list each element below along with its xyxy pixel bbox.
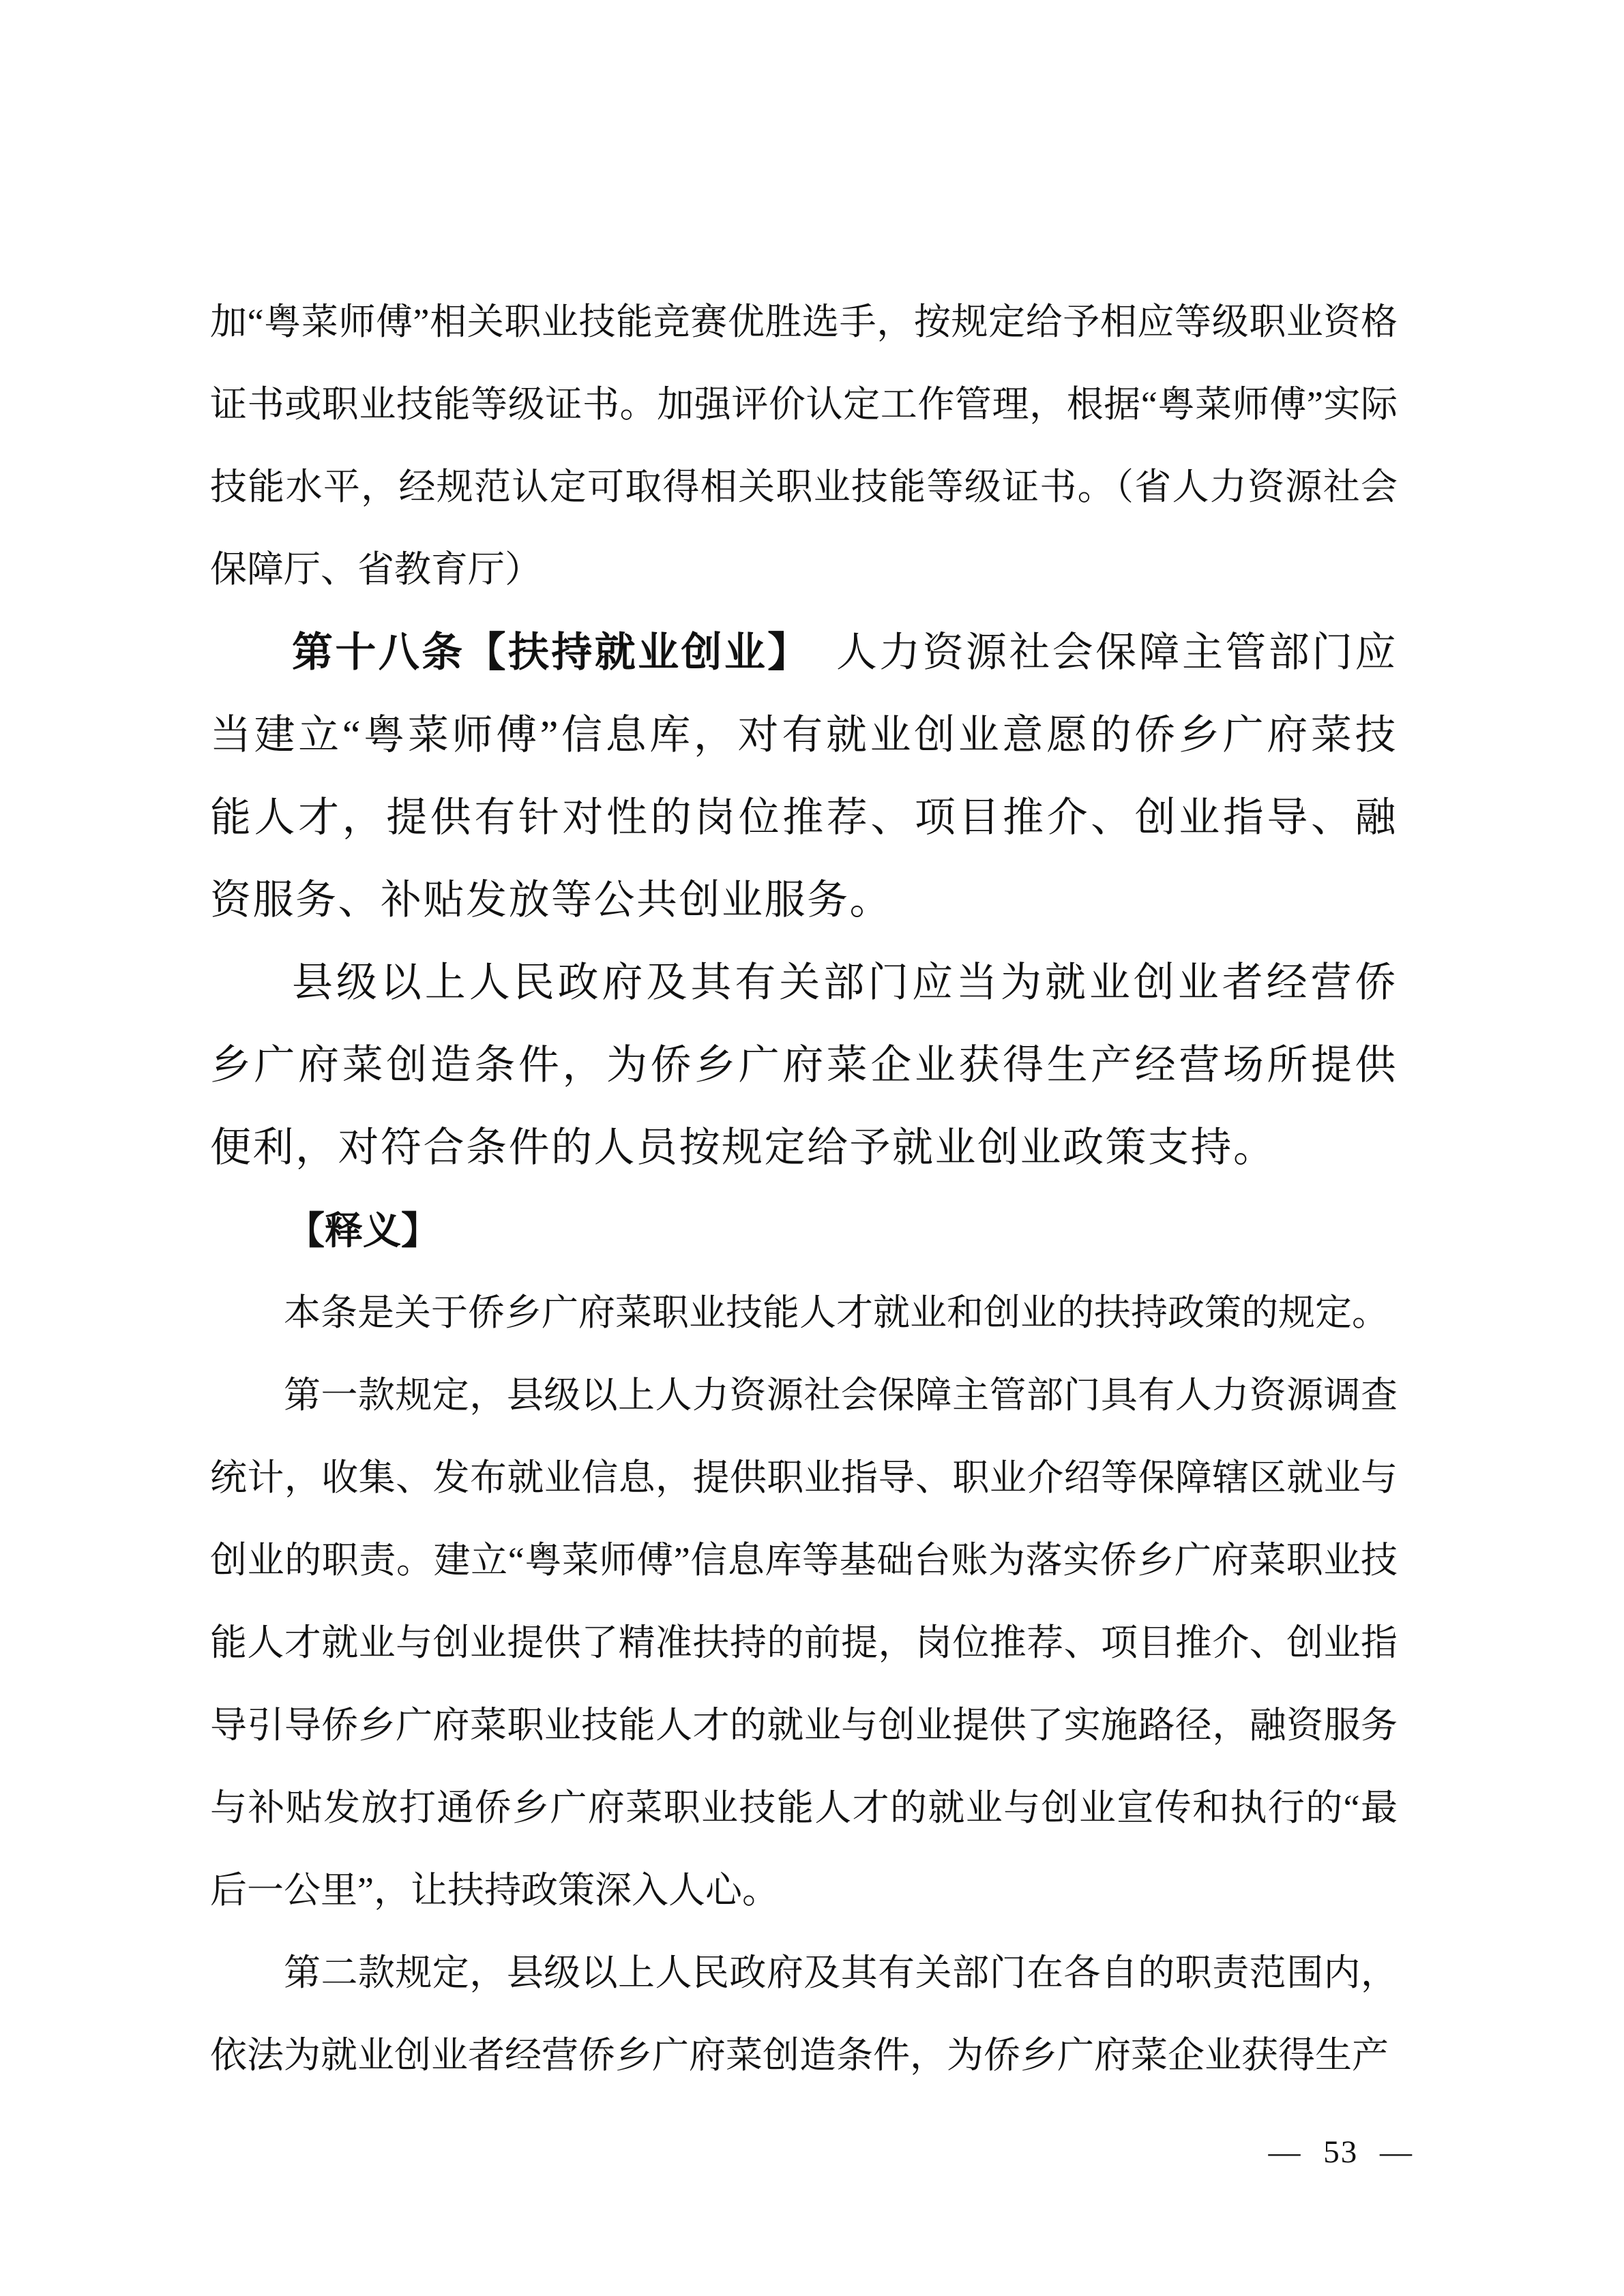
paragraph-text: 第一款规定，县级以上人力资源社会保障主管部门具有人力资源调查统计，收集、发布就业… — [210, 1375, 1398, 1911]
paragraph: 本条是关于侨乡广府菜职业技能人才就业和创业的扶持政策的规定。 — [210, 1272, 1398, 1354]
paragraph: 县级以上人民政府及其有关部门应当为就业创业者经营侨乡广府菜创造条件，为侨乡广府菜… — [210, 942, 1398, 1189]
interpretation-label: 【释义】 — [286, 1209, 439, 1252]
paragraph: 第十八条【扶持就业创业】人力资源社会保障主管部门应当建立“粤菜师傅”信息库，对有… — [210, 611, 1398, 942]
paragraph: 第一款规定，县级以上人力资源社会保障主管部门具有人力资源调查统计，收集、发布就业… — [210, 1354, 1398, 1932]
paragraph-text: 第二款规定，县级以上人民政府及其有关部门在各自的职责范围内，依法为就业创业者经营… — [210, 1952, 1398, 2076]
paragraph-text: 本条是关于侨乡广府菜职业技能人才就业和创业的扶持政策的规定。 — [284, 1292, 1389, 1333]
paragraph: 加“粤菜师傅”相关职业技能竞赛优胜选手，按规定给予相应等级职业资格证书或职业技能… — [210, 281, 1398, 611]
document-body: 加“粤菜师傅”相关职业技能竞赛优胜选手，按规定给予相应等级职业资格证书或职业技能… — [210, 281, 1398, 2097]
paragraph-text: 加“粤菜师傅”相关职业技能竞赛优胜选手，按规定给予相应等级职业资格证书或职业技能… — [210, 301, 1398, 590]
paragraph-text: 县级以上人民政府及其有关部门应当为就业创业者经营侨乡广府菜创造条件，为侨乡广府菜… — [210, 960, 1398, 1170]
interpretation-label-line: 【释义】 — [210, 1189, 1398, 1272]
article-number-heading: 第十八条【扶持就业创业】 — [292, 629, 811, 675]
document-page: 加“粤菜师傅”相关职业技能竞赛优胜选手，按规定给予相应等级职业资格证书或职业技能… — [0, 0, 1624, 2296]
page-number: — 53 — — [1269, 2133, 1414, 2171]
paragraph: 第二款规定，县级以上人民政府及其有关部门在各自的职责范围内，依法为就业创业者经营… — [210, 1932, 1398, 2097]
